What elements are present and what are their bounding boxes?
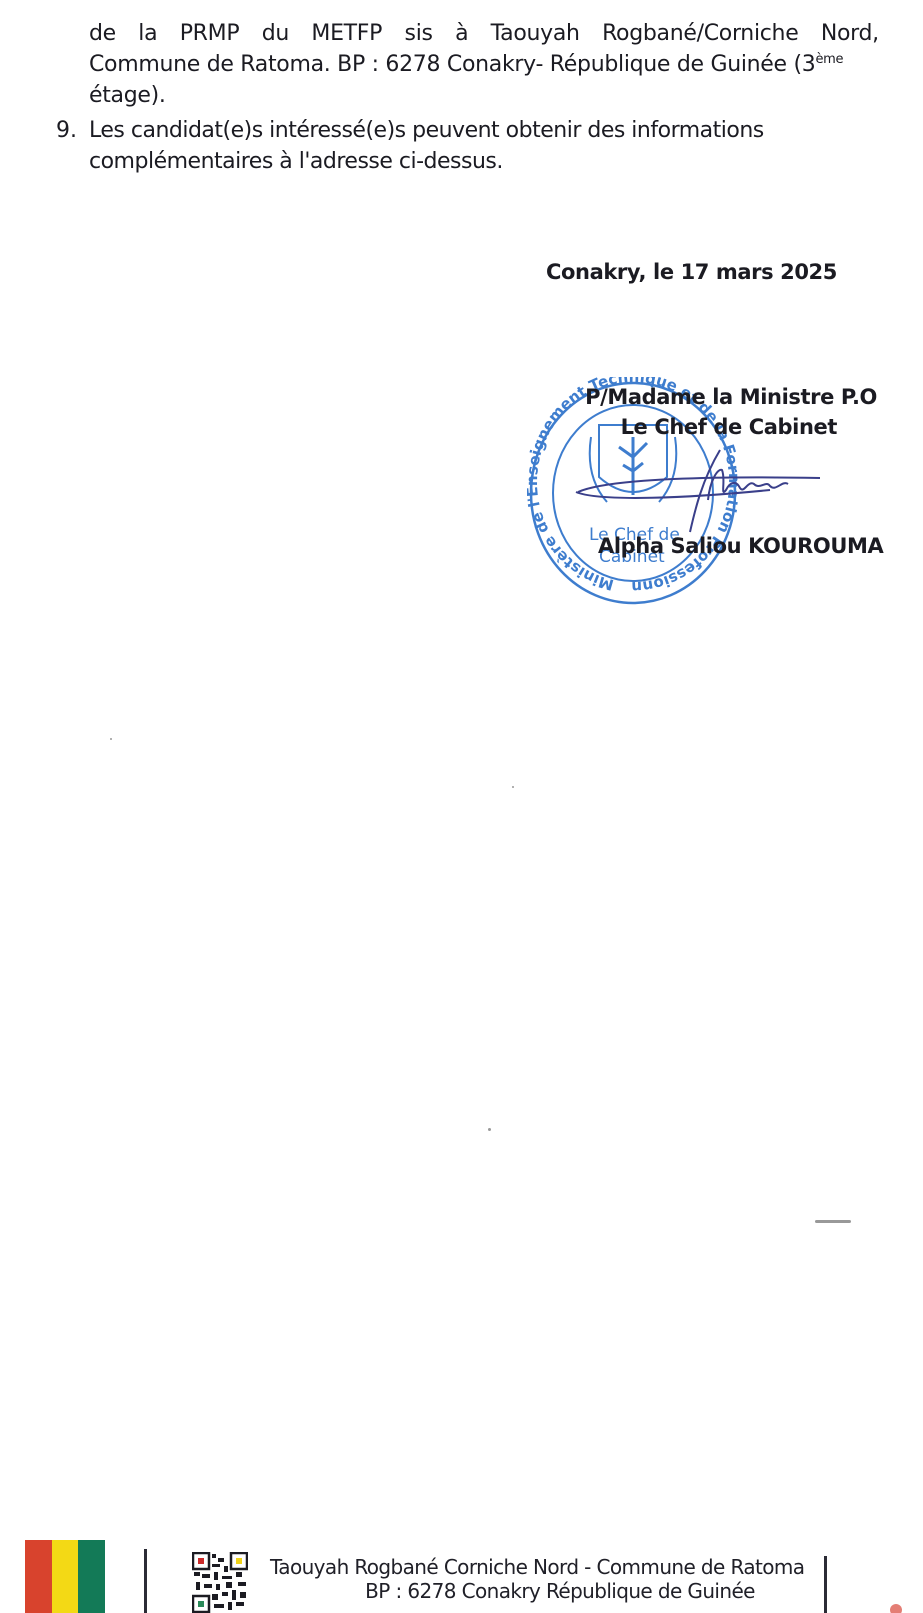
scan-speck — [512, 786, 514, 788]
footer-logo-fragment-icon — [890, 1604, 902, 1613]
continuation-paragraph: de la PRMP du METFP sis à Taouyah Rogban… — [89, 18, 879, 111]
paragraph-line-1: de la PRMP du METFP sis à Taouyah Rogban… — [89, 18, 879, 49]
list-item-number: 9. — [56, 115, 77, 146]
scan-speck — [110, 738, 112, 740]
list-item-line-2: complémentaires à l'adresse ci-dessus. — [89, 146, 764, 177]
word: de — [89, 18, 116, 49]
word: à — [455, 18, 468, 49]
guinea-flag-icon — [25, 1540, 105, 1613]
scan-speck — [488, 1128, 491, 1131]
word: sis — [405, 18, 433, 49]
line-text: Commune de Ratoma. BP : 6278 Conakry- Ré… — [89, 52, 815, 77]
word: Taouyah — [491, 18, 580, 49]
signature-block: P/Madame la Ministre P.O Le Chef de Cabi… — [585, 382, 877, 442]
footer-address-line-2: BP : 6278 Conakry République de Guinée — [270, 1579, 830, 1603]
footer-address-line-1: Taouyah Rogbané Corniche Nord - Commune … — [270, 1555, 830, 1579]
handwritten-signature-icon — [570, 440, 840, 540]
footer-divider-2 — [824, 1556, 827, 1613]
signatory-role-2: Le Chef de Cabinet — [585, 412, 837, 442]
word: METFP — [311, 18, 382, 49]
paragraph-line-2: Commune de Ratoma. BP : 6278 Conakry- Ré… — [89, 49, 879, 80]
word: Rogbané/Corniche — [602, 18, 798, 49]
scan-smudge — [815, 1220, 851, 1223]
flag-stripe-red — [25, 1540, 52, 1613]
word: Nord, — [821, 18, 879, 49]
paragraph-line-3: étage). — [89, 80, 879, 111]
footer-address: Taouyah Rogbané Corniche Nord - Commune … — [270, 1555, 830, 1603]
word: la — [138, 18, 157, 49]
flag-stripe-green — [78, 1540, 105, 1613]
list-item-line-1: Les candidat(e)s intéressé(e)s peuvent o… — [89, 115, 764, 146]
signatory-role-1: P/Madame la Ministre P.O — [585, 382, 877, 412]
flag-stripe-yellow — [52, 1540, 79, 1613]
superscript: ème — [815, 52, 843, 67]
footer-divider — [144, 1549, 147, 1613]
word: PRMP — [180, 18, 240, 49]
list-item-9: Les candidat(e)s intéressé(e)s peuvent o… — [89, 115, 764, 177]
qr-code-icon — [192, 1552, 248, 1613]
word: du — [262, 18, 289, 49]
place-date: Conakry, le 17 mars 2025 — [546, 260, 837, 284]
